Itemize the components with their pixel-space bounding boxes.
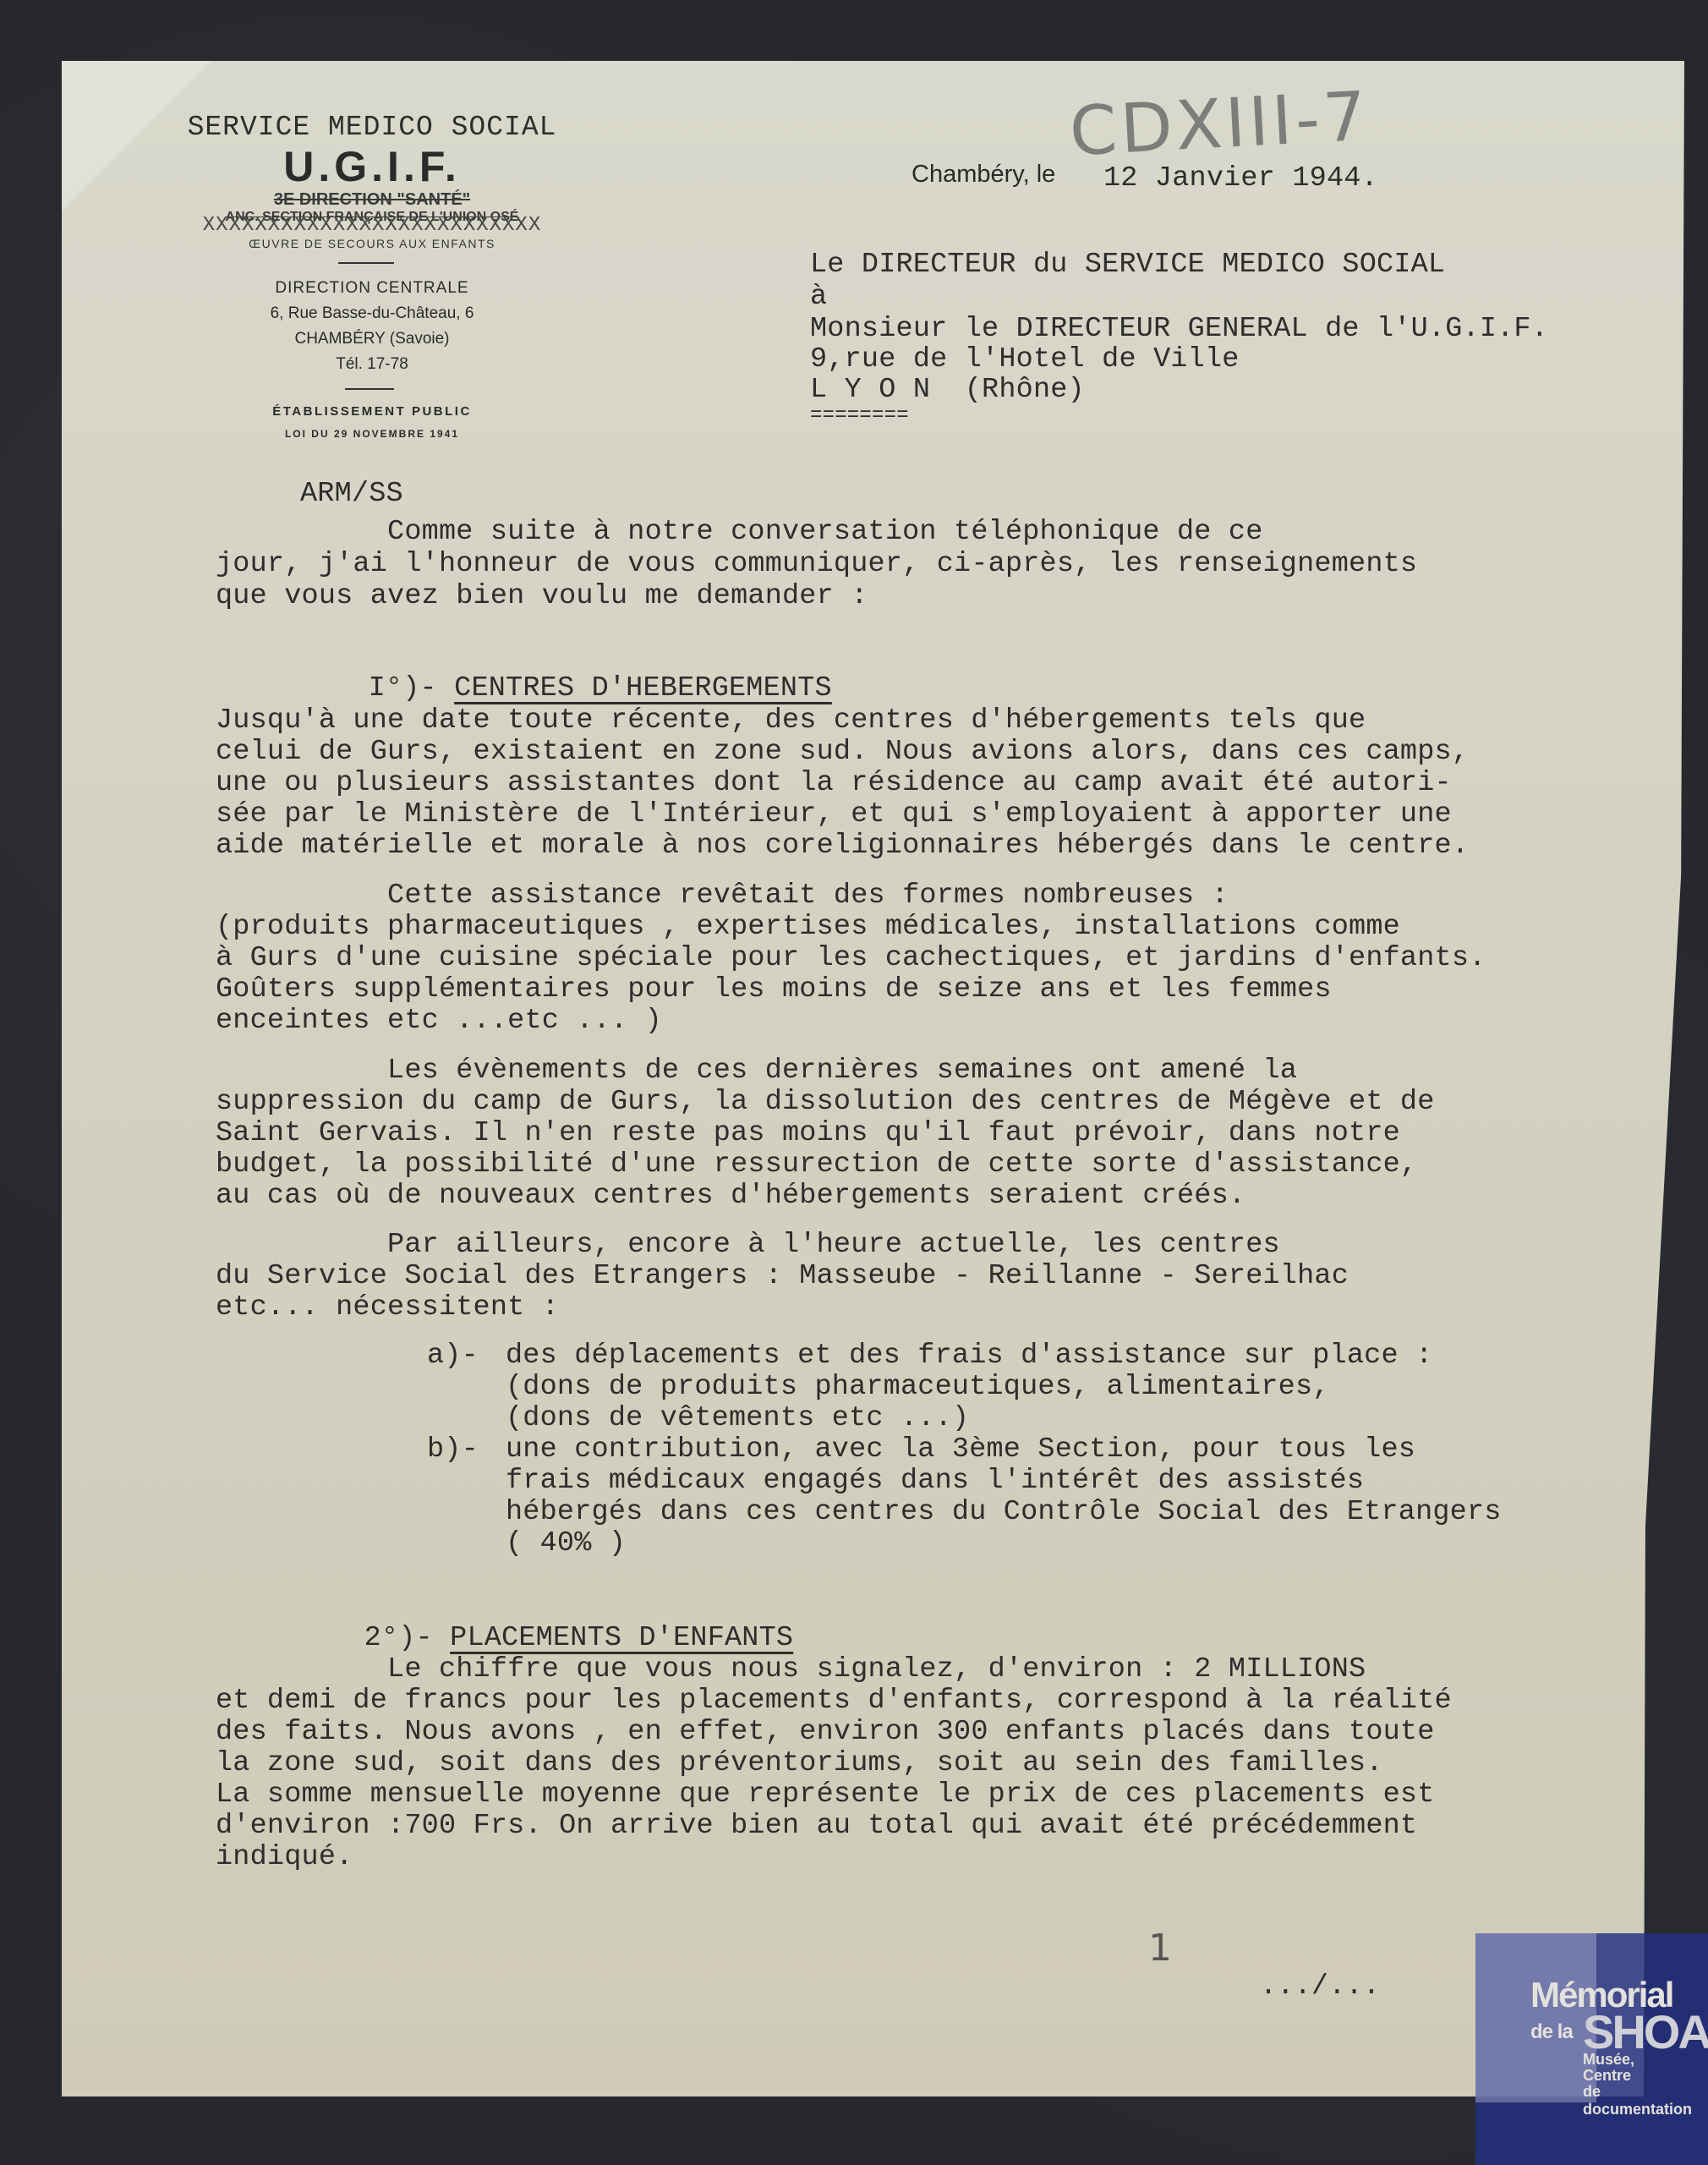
- watermark-overlap: [1475, 1933, 1596, 2102]
- text-line: Cette assistance revêtait des formes nom…: [216, 880, 1229, 912]
- letterhead-strikeout: XXXXXXXXXXXXXXXXXXXXXXXXXX: [127, 214, 617, 237]
- intro-line: jour, j'ai l'honneur de vous communiquer…: [216, 548, 1417, 580]
- section-1-heading: I°)- CENTRES D'HEBERGEMENTS: [334, 640, 832, 704]
- text-line: au cas où de nouveaux centres d'hébergem…: [216, 1180, 1245, 1212]
- letterhead-rule-2: [345, 388, 394, 390]
- letterhead-org: U.G.I.F.: [127, 142, 617, 191]
- intro-line: que vous avez bien voulu me demander :: [216, 580, 868, 612]
- text-line: Saint Gervais. Il n'en reste pas moins q…: [216, 1117, 1400, 1149]
- text-line: Goûters supplémentaires pour les moins d…: [216, 973, 1332, 1006]
- letterhead-status: ÉTABLISSEMENT PUBLIC: [127, 404, 617, 419]
- section-1-number: I°)-: [369, 672, 455, 704]
- section-2-heading: 2°)- PLACEMENTS D'ENFANTS: [330, 1590, 793, 1654]
- text-line: à Gurs d'une cuisine spéciale pour les c…: [216, 942, 1486, 974]
- list-item-line: hébergés dans ces centres du Contrôle So…: [506, 1496, 1502, 1528]
- text-line: etc... nécessitent :: [216, 1291, 559, 1324]
- intro-line: Comme suite à notre conversation télépho…: [216, 516, 1263, 548]
- archive-reference-handwritten: CDXIII-7: [1068, 77, 1371, 171]
- list-item-line: ( 40% ): [506, 1527, 626, 1559]
- text-line: du Service Social des Etrangers : Masseu…: [216, 1260, 1349, 1292]
- list-item-label: a)-: [427, 1340, 495, 1372]
- letterhead-address: 6, Rue Basse-du-Château, 6: [127, 304, 617, 323]
- text-line: aide matérielle et morale à nos coreligi…: [216, 830, 1469, 862]
- letterhead-direction-struck: 3E DIRECTION "SANTÉ": [127, 190, 617, 210]
- text-line: Par ailleurs, encore à l'heure actuelle,…: [216, 1229, 1280, 1261]
- text-line: indiqué.: [216, 1841, 353, 1873]
- letterhead-law: LOI DU 29 NOVEMBRE 1941: [127, 428, 617, 440]
- section-1-title: CENTRES D'HEBERGEMENTS: [454, 672, 832, 704]
- letterhead-city: CHAMBÉRY (Savoie): [127, 330, 617, 348]
- text-line: et demi de francs pour les placements d'…: [216, 1685, 1452, 1717]
- section-2-number: 2°)-: [364, 1622, 451, 1654]
- to-word: à: [810, 281, 827, 313]
- recipient-street: 9,rue de l'Hotel de Ville: [810, 343, 1240, 375]
- section-2-title: PLACEMENTS D'ENFANTS: [450, 1622, 793, 1654]
- watermark-line-3: Musée,: [1583, 2051, 1634, 2069]
- letterhead-rule-1: [338, 262, 394, 264]
- letterhead-oeuvre: ŒUVRE DE SECOURS AUX ENFANTS: [127, 237, 617, 250]
- list-item-line: (dons de produits pharmaceutiques, alime…: [506, 1371, 1330, 1403]
- list-item-line: une contribution, avec la 3ème Section, …: [506, 1433, 1415, 1466]
- letterhead-service: SERVICE MEDICO SOCIAL: [127, 112, 617, 143]
- text-line: Le chiffre que vous nous signalez, d'env…: [216, 1653, 1366, 1685]
- text-line: d'environ :700 Frs. On arrive bien au to…: [216, 1810, 1417, 1842]
- text-line: une ou plusieurs assistantes dont la rés…: [216, 767, 1452, 799]
- text-line: la zone sud, soit dans des préventoriums…: [216, 1747, 1383, 1779]
- recipient-line: Monsieur le DIRECTEUR GENERAL de l'U.G.I…: [810, 313, 1548, 345]
- list-item-line: (dons de vêtements etc ...): [506, 1402, 969, 1434]
- letterhead-direction-centrale: DIRECTION CENTRALE: [127, 279, 617, 298]
- address-rule: ========: [810, 404, 909, 427]
- watermark-line-2a: de la: [1530, 2020, 1573, 2044]
- watermark-line-4: Centre: [1583, 2067, 1631, 2085]
- letterhead-tel: Tél. 17-78: [127, 355, 617, 374]
- date-value: 12 Janvier 1944.: [1103, 162, 1378, 195]
- list-item-line: des déplacements et des frais d'assistan…: [506, 1340, 1432, 1372]
- text-line: des faits. Nous avons , en effet, enviro…: [216, 1716, 1435, 1748]
- text-line: Jusqu'à une date toute récente, des cent…: [216, 704, 1366, 737]
- date-place: Chambéry, le: [911, 161, 1055, 189]
- text-line: suppression du camp de Gurs, la dissolut…: [216, 1086, 1435, 1118]
- sender-line: Le DIRECTEUR du SERVICE MEDICO SOCIAL: [810, 249, 1445, 281]
- text-line: La somme mensuelle moyenne que représent…: [216, 1779, 1435, 1811]
- text-line: (produits pharmaceutiques , expertises m…: [216, 911, 1400, 943]
- text-line: sée par le Ministère de l'Intérieur, et …: [216, 798, 1452, 830]
- page-number-handwritten: 1: [1148, 1927, 1172, 1970]
- list-item-line: frais médicaux engagés dans l'intérêt de…: [506, 1465, 1364, 1497]
- list-item-label: b)-: [427, 1433, 495, 1466]
- continued-marker: .../...: [1260, 1970, 1380, 2003]
- text-line: enceintes etc ...etc ... ): [216, 1005, 662, 1037]
- text-line: Les évènements de ces dernières semaines…: [216, 1055, 1297, 1087]
- text-line: budget, la possibilité d'une ressurectio…: [216, 1148, 1417, 1181]
- text-line: celui de Gurs, existaient en zone sud. N…: [216, 736, 1469, 768]
- recipient-city: L Y O N (Rhône): [810, 374, 1085, 406]
- watermark-line-5: de documentation: [1583, 2083, 1708, 2118]
- reference-initials: ARM/SS: [300, 478, 403, 510]
